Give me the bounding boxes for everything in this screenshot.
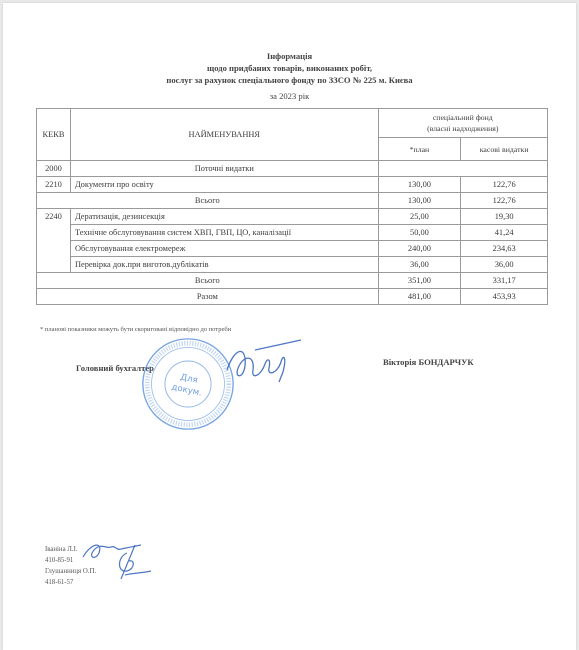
- signatory-name: Вікторія БОНДАРЧУК: [383, 357, 474, 367]
- subtotal-row: Всього 130,00 122,76: [37, 193, 548, 209]
- grand-total-label: Разом: [37, 289, 379, 305]
- row-plan: 50,00: [378, 225, 461, 241]
- row-plan: 130,00: [378, 177, 461, 193]
- row-name: Перевірка док.при виготов.дублікатів: [70, 257, 378, 273]
- row-code: 2210: [37, 177, 71, 193]
- row-name: Обслуговування електромереж: [70, 241, 378, 257]
- row-name: Документи про освіту: [70, 177, 378, 193]
- expenses-table: КЕКВ НАЙМЕНУВАННЯ спеціальний фонд (влас…: [36, 108, 548, 305]
- row-cash: 36,00: [461, 257, 548, 273]
- header-fund-line2: (власні надходження): [383, 123, 543, 134]
- row-code: 2240: [37, 209, 71, 273]
- subtotal-label: Всього: [37, 193, 379, 209]
- table-row: Обслуговування електромереж 240,00 234,6…: [37, 241, 548, 257]
- stamp-icon: Для докум.: [140, 336, 236, 432]
- section-empty: [378, 161, 547, 177]
- row-name: Дератизація, дезинсекція: [70, 209, 378, 225]
- row-plan: 25,00: [378, 209, 461, 225]
- header-plan: *план: [378, 138, 461, 161]
- footnote: * планові показники можуть бути скоригов…: [40, 326, 231, 333]
- table-row: 2240 Дератизація, дезинсекція 25,00 19,3…: [37, 209, 548, 225]
- grand-total-row: Разом 481,00 453,93: [37, 289, 548, 305]
- row-name: Технічне обслуговування систем ХВП, ГВП,…: [70, 225, 378, 241]
- grand-total-plan: 481,00: [378, 289, 461, 305]
- title-line-1: Інформація: [3, 50, 576, 62]
- subtotal-cash: 331,17: [461, 273, 548, 289]
- header-code: КЕКВ: [37, 109, 71, 161]
- subtotal-label: Всього: [37, 273, 379, 289]
- subtotal-cash: 122,76: [461, 193, 548, 209]
- section-row: 2000 Поточні видатки: [37, 161, 548, 177]
- row-cash: 234,63: [461, 241, 548, 257]
- document-title: Інформація щодо придбаних товарів, викон…: [3, 50, 576, 102]
- header-fund-line1: спеціальний фонд: [383, 112, 543, 123]
- header-cash: касові видатки: [461, 138, 548, 161]
- signature-icon: [113, 543, 153, 583]
- header-name: НАЙМЕНУВАННЯ: [70, 109, 378, 161]
- row-plan: 36,00: [378, 257, 461, 273]
- header-fund: спеціальний фонд (власні надходження): [378, 109, 547, 138]
- title-line-2: щодо придбаних товарів, виконаних робіт,: [3, 62, 576, 74]
- signature-icon: [225, 336, 305, 384]
- report-period: за 2023 рік: [3, 90, 576, 102]
- subtotal-row: Всього 351,00 331,17: [37, 273, 548, 289]
- table-row: Технічне обслуговування систем ХВП, ГВП,…: [37, 225, 548, 241]
- section-title: Поточні видатки: [70, 161, 378, 177]
- subtotal-plan: 351,00: [378, 273, 461, 289]
- subtotal-plan: 130,00: [378, 193, 461, 209]
- section-code: 2000: [37, 161, 71, 177]
- row-cash: 122,76: [461, 177, 548, 193]
- table-row: Перевірка док.при виготов.дублікатів 36,…: [37, 257, 548, 273]
- row-cash: 19,30: [461, 209, 548, 225]
- title-line-3: послуг за рахунок спеціального фонду по …: [3, 74, 576, 86]
- row-cash: 41,24: [461, 225, 548, 241]
- svg-text:докум.: докум.: [171, 382, 203, 398]
- row-plan: 240,00: [378, 241, 461, 257]
- table-row: 2210 Документи про освіту 130,00 122,76: [37, 177, 548, 193]
- grand-total-cash: 453,93: [461, 289, 548, 305]
- document-page: Інформація щодо придбаних товарів, викон…: [3, 3, 576, 650]
